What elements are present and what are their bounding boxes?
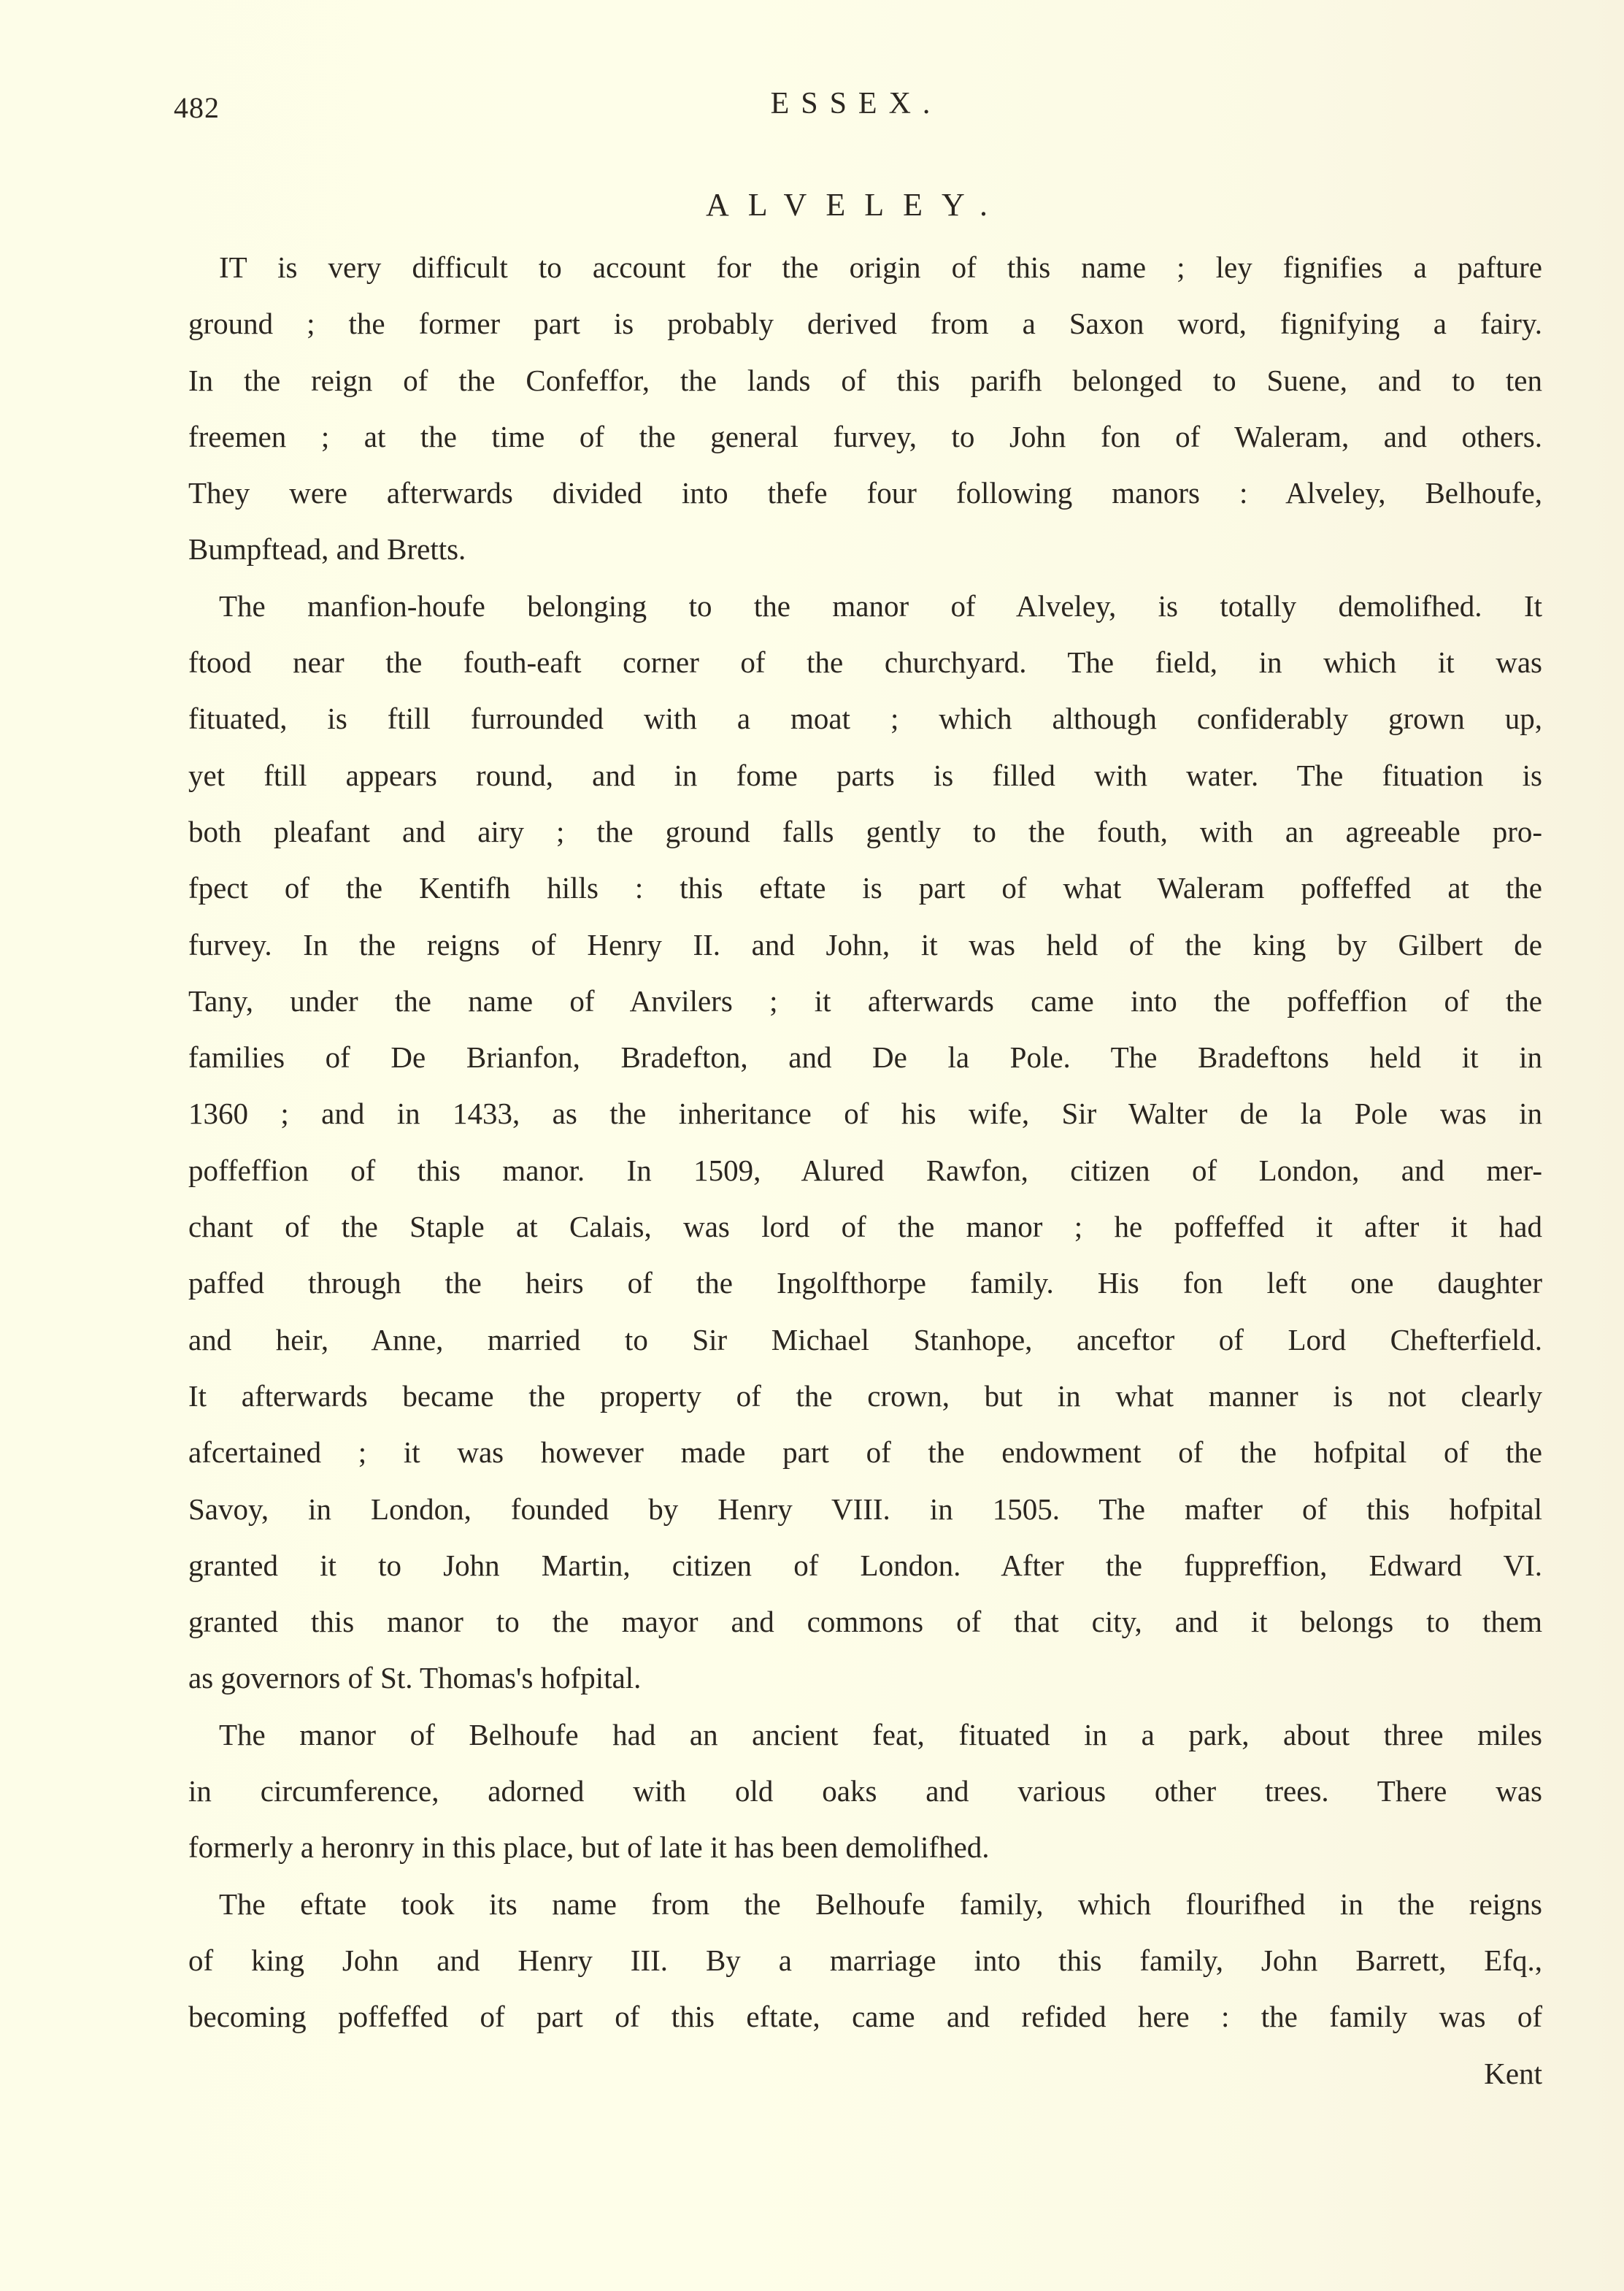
text-line: The manor of Belhoufe had an ancient fea…	[188, 1707, 1542, 1763]
text-line: furvey. In the reigns of Henry II. and J…	[188, 917, 1542, 973]
text-line: chant of the Staple at Calais, was lord …	[188, 1199, 1542, 1255]
text-line-content: poffeffion of this manor. In 1509, Alure…	[188, 1143, 1542, 1199]
text-line: and heir, Anne, married to Sir Michael S…	[188, 1312, 1542, 1368]
text-line-content: ground ; the former part is probably der…	[188, 296, 1542, 352]
text-line-content: as governors of St. Thomas's hofpital.	[188, 1650, 1542, 1706]
text-line: fpect of the Kentifh hills : this eftate…	[188, 860, 1542, 916]
text-line-content: becoming poffeffed of part of this eftat…	[188, 1989, 1542, 2045]
text-line-content: furvey. In the reigns of Henry II. and J…	[188, 917, 1542, 973]
text-line-content: chant of the Staple at Calais, was lord …	[188, 1199, 1542, 1255]
text-line-content: yet ftill appears round, and in fome par…	[188, 748, 1542, 804]
text-line-content: IT is very difficult to account for the …	[219, 239, 1542, 296]
text-line: The manfion-houfe belonging to the manor…	[188, 578, 1542, 634]
text-line: families of De Brianfon, Bradefton, and …	[188, 1029, 1542, 1086]
text-line-content: afcertained ; it was however made part o…	[188, 1424, 1542, 1481]
text-line-content: fituated, is ftill furrounded with a moa…	[188, 691, 1542, 747]
text-line: as governors of St. Thomas's hofpital.	[188, 1650, 1542, 1706]
text-line: Tany, under the name of Anvilers ; it af…	[188, 973, 1542, 1029]
section-title: ALVELEY.	[174, 186, 1539, 223]
text-line: yet ftill appears round, and in fome par…	[188, 748, 1542, 804]
book-page: 482 ESSEX. ALVELEY. IT is very difficult…	[0, 0, 1624, 2291]
text-line-content: fpect of the Kentifh hills : this eftate…	[188, 860, 1542, 916]
running-title: ESSEX.	[174, 86, 1539, 121]
text-line-content: formerly a heronry in this place, but of…	[188, 1819, 1542, 1876]
text-line: IT is very difficult to account for the …	[188, 239, 1542, 296]
text-line: It afterwards became the property of the…	[188, 1368, 1542, 1424]
text-line-content: Savoy, in London, founded by Henry VIII.…	[188, 1481, 1542, 1538]
text-line-content: paffed through the heirs of the Ingolfth…	[188, 1255, 1542, 1311]
text-line: formerly a heronry in this place, but of…	[188, 1819, 1542, 1876]
text-line: of king John and Henry III. By a marriag…	[188, 1933, 1542, 1989]
text-line-content: The eftate took its name from the Belhou…	[219, 1876, 1542, 1933]
text-line: ground ; the former part is probably der…	[188, 296, 1542, 352]
text-line-content: freemen ; at the time of the general fur…	[188, 409, 1542, 465]
text-line: They were afterwards divided into thefe …	[188, 465, 1542, 521]
text-line-content: 1360 ; and in 1433, as the inheritance o…	[188, 1086, 1542, 1142]
text-line-content: Bumpftead, and Bretts.	[188, 521, 1542, 577]
text-line-content: Tany, under the name of Anvilers ; it af…	[188, 973, 1542, 1029]
text-line: Savoy, in London, founded by Henry VIII.…	[188, 1481, 1542, 1538]
text-line: granted this manor to the mayor and comm…	[188, 1594, 1542, 1650]
text-line: Kent	[188, 2046, 1542, 2102]
text-line: Bumpftead, and Bretts.	[188, 521, 1542, 577]
text-line: both pleafant and airy ; the ground fall…	[188, 804, 1542, 860]
text-line-content: both pleafant and airy ; the ground fall…	[188, 804, 1542, 860]
text-line: fituated, is ftill furrounded with a moa…	[188, 691, 1542, 747]
text-line: in circumference, adorned with old oaks …	[188, 1763, 1542, 1819]
text-line-content: It afterwards became the property of the…	[188, 1368, 1542, 1424]
text-line: afcertained ; it was however made part o…	[188, 1424, 1542, 1481]
text-line: The eftate took its name from the Belhou…	[188, 1876, 1542, 1933]
text-line-content: Kent	[188, 2046, 1542, 2102]
text-line: ftood near the fouth-eaft corner of the …	[188, 634, 1542, 691]
text-line: granted it to John Martin, citizen of Lo…	[188, 1538, 1542, 1594]
text-line-content: ftood near the fouth-eaft corner of the …	[188, 634, 1542, 691]
text-line-content: The manor of Belhoufe had an ancient fea…	[219, 1707, 1542, 1763]
text-line: becoming poffeffed of part of this eftat…	[188, 1989, 1542, 2045]
text-line-content: In the reign of the Confeffor, the lands…	[188, 353, 1542, 409]
body-text: IT is very difficult to account for the …	[188, 239, 1542, 2102]
text-line-content: The manfion-houfe belonging to the manor…	[219, 578, 1542, 634]
text-line-content: families of De Brianfon, Bradefton, and …	[188, 1029, 1542, 1086]
text-line: poffeffion of this manor. In 1509, Alure…	[188, 1143, 1542, 1199]
text-line-content: They were afterwards divided into thefe …	[188, 465, 1542, 521]
text-line-content: granted this manor to the mayor and comm…	[188, 1594, 1542, 1650]
text-line-content: in circumference, adorned with old oaks …	[188, 1763, 1542, 1819]
text-line: freemen ; at the time of the general fur…	[188, 409, 1542, 465]
text-line: paffed through the heirs of the Ingolfth…	[188, 1255, 1542, 1311]
text-line-content: of king John and Henry III. By a marriag…	[188, 1933, 1542, 1989]
text-line: 1360 ; and in 1433, as the inheritance o…	[188, 1086, 1542, 1142]
text-line-content: and heir, Anne, married to Sir Michael S…	[188, 1312, 1542, 1368]
running-head: 482 ESSEX.	[174, 86, 1539, 130]
text-line: In the reign of the Confeffor, the lands…	[188, 353, 1542, 409]
text-line-content: granted it to John Martin, citizen of Lo…	[188, 1538, 1542, 1594]
